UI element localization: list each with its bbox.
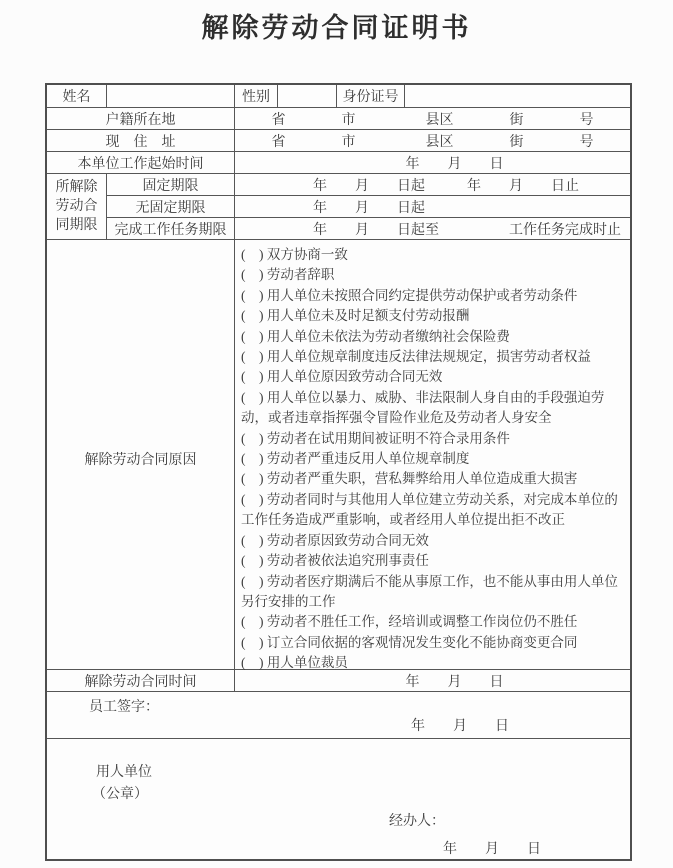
reason-text: 劳动者在试用期间被证明不符合录用条件 — [264, 431, 510, 446]
checkbox-blank: ( ) — [241, 267, 264, 282]
reason-text: 用人单位规章制度违反法律法规规定，损害劳动者权益 — [264, 349, 591, 364]
work-start-label: 本单位工作起始时间 — [47, 152, 235, 173]
row-registered-residence: 户籍所在地 省 市 县区 街 号 — [47, 108, 630, 130]
fixed-term-dates: 年 月 日起 年 月 日止 — [235, 174, 630, 196]
row-employer-seal: 用人单位 （公章） 经办人： 年 月 日 — [47, 739, 630, 862]
row-termination-date: 解除劳动合同时间 年 月 日 — [47, 670, 630, 692]
id-number-value-blank — [405, 85, 630, 107]
reason-item: ( ) 用人单位以暴力、威胁、非法限制人身自由的手段强迫劳动，或者违章指挥强令冒… — [241, 388, 627, 429]
fixed-term-label: 固定期限 — [107, 174, 235, 196]
employee-signature-date: 年 月 日 — [411, 715, 509, 735]
employer-date: 年 月 日 — [443, 838, 541, 858]
reason-item: ( ) 劳动者同时与其他用人单位建立劳动关系，对完成本单位的工作任务造成严重影响… — [241, 490, 627, 531]
termination-date-label: 解除劳动合同时间 — [47, 670, 235, 691]
reason-text: 劳动者严重失职，营私舞弊给用人单位造成重大损害 — [264, 471, 578, 486]
name-value-blank — [107, 85, 235, 107]
checkbox-blank: ( ) — [241, 614, 264, 629]
reason-text: 劳动者同时与其他用人单位建立劳动关系，对完成本单位的工作任务造成严重影响，或者经… — [241, 492, 618, 527]
page-title: 解除劳动合同证明书 — [0, 6, 673, 45]
reason-item: ( ) 劳动者医疗期满后不能从事原工作，也不能从事由用人单位另行安排的工作 — [241, 572, 627, 613]
current-address-value: 省 市 县区 街 号 — [235, 130, 630, 151]
checkbox-blank: ( ) — [241, 329, 264, 344]
registered-residence-value: 省 市 县区 街 号 — [235, 108, 630, 129]
registered-residence-label: 户籍所在地 — [47, 108, 235, 129]
official-seal-label: （公章） — [92, 783, 148, 803]
checkbox-blank: ( ) — [241, 349, 264, 364]
checkbox-blank: ( ) — [241, 471, 264, 486]
reason-item: ( ) 订立合同依据的客观情况发生变化不能协商变更合同 — [241, 633, 627, 653]
reason-item: ( ) 劳动者严重失职，营私舞弊给用人单位造成重大损害 — [241, 469, 627, 489]
work-start-date: 年 月 日 — [257, 152, 652, 173]
checkbox-blank: ( ) — [241, 390, 264, 405]
checkbox-blank: ( ) — [241, 635, 264, 650]
reason-text: 劳动者不胜任工作，经培训或调整工作岗位仍不胜任 — [264, 614, 578, 629]
checkbox-blank: ( ) — [241, 553, 264, 568]
reason-item: ( ) 劳动者原因致劳动合同无效 — [241, 531, 627, 551]
checkbox-blank: ( ) — [241, 247, 264, 262]
employee-signature-label: 员工签字： — [89, 696, 159, 716]
open-term-label: 无固定期限 — [107, 196, 235, 218]
checkbox-blank: ( ) — [241, 308, 264, 323]
reason-item: ( ) 双方协商一致 — [241, 245, 627, 265]
reason-item: ( ) 劳动者严重违反用人单位规章制度 — [241, 449, 627, 469]
gender-value-blank — [278, 85, 337, 107]
reason-text: 用人单位原因致劳动合同无效 — [264, 369, 443, 384]
termination-reasons-label: 解除劳动合同原因 — [47, 240, 235, 678]
reason-text: 订立合同依据的客观情况发生变化不能协商变更合同 — [264, 635, 578, 650]
checkbox-blank: ( ) — [241, 369, 264, 384]
id-number-label: 身份证号 — [337, 85, 405, 107]
row-current-address: 现 住 址 省 市 县区 街 号 — [47, 130, 630, 152]
checkbox-blank: ( ) — [241, 288, 264, 303]
reason-text: 用人单位裁员 — [264, 655, 348, 670]
reason-text: 劳动者被依法追究刑事责任 — [264, 553, 429, 568]
reason-item: ( ) 用人单位未按照合同约定提供劳动保护或者劳动条件 — [241, 286, 627, 306]
name-label: 姓名 — [47, 85, 107, 107]
checkbox-blank: ( ) — [241, 574, 264, 589]
reason-item: ( ) 劳动者在试用期间被证明不符合录用条件 — [241, 429, 627, 449]
reason-item: ( ) 用人单位规章制度违反法律法规规定，损害劳动者权益 — [241, 347, 627, 367]
checkbox-blank: ( ) — [241, 533, 264, 548]
row-work-start: 本单位工作起始时间 年 月 日 — [47, 152, 630, 174]
open-term-dates: 年 月 日起 — [235, 196, 630, 218]
reason-text: 劳动者严重违反用人单位规章制度 — [264, 451, 470, 466]
row-employee-signature: 员工签字： 年 月 日 — [47, 692, 630, 739]
gender-label: 性别 — [235, 85, 278, 107]
reason-item: ( ) 劳动者不胜任工作，经培训或调整工作岗位仍不胜任 — [241, 612, 627, 632]
checkbox-blank: ( ) — [241, 431, 264, 446]
task-term-dates: 年 月 日起至 工作任务完成时止 — [235, 218, 630, 239]
reason-text: 用人单位未及时足额支付劳动报酬 — [264, 308, 470, 323]
row-identity: 姓名 性别 身份证号 — [47, 85, 630, 108]
checkbox-blank: ( ) — [241, 492, 264, 507]
reason-item: ( ) 劳动者被依法追究刑事责任 — [241, 551, 627, 571]
reason-item: ( ) 用人单位未及时足额支付劳动报酬 — [241, 306, 627, 326]
reason-text: 劳动者医疗期满后不能从事原工作，也不能从事由用人单位另行安排的工作 — [241, 574, 618, 609]
row-termination-reasons: 解除劳动合同原因 ( ) 双方协商一致( ) 劳动者辞职( ) 用人单位未按照合… — [47, 240, 630, 670]
reason-item: ( ) 用人单位原因致劳动合同无效 — [241, 367, 627, 387]
handler-label: 经办人： — [389, 810, 445, 830]
task-term-label: 完成工作任务期限 — [107, 218, 235, 239]
reason-text: 用人单位以暴力、威胁、非法限制人身自由的手段强迫劳动，或者违章指挥强令冒险作业危… — [241, 390, 604, 425]
current-address-label: 现 住 址 — [47, 130, 235, 151]
employer-label: 用人单位 — [96, 761, 152, 781]
reason-text: 劳动者原因致劳动合同无效 — [264, 533, 429, 548]
row-contract-term-group: 所解除劳动合同期限 固定期限 年 月 日起 年 月 日止 无固定期限 年 月 日… — [47, 174, 630, 240]
reason-text: 双方协商一致 — [264, 247, 348, 262]
checkbox-blank: ( ) — [241, 655, 264, 670]
termination-date-value: 年 月 日 — [257, 670, 652, 691]
contract-term-group-label: 所解除劳动合同期限 — [47, 174, 107, 239]
reason-item: ( ) 劳动者辞职 — [241, 265, 627, 285]
reason-list: ( ) 双方协商一致( ) 劳动者辞职( ) 用人单位未按照合同约定提供劳动保护… — [235, 240, 630, 678]
checkbox-blank: ( ) — [241, 451, 264, 466]
reason-text: 用人单位未按照合同约定提供劳动保护或者劳动条件 — [264, 288, 578, 303]
reason-item: ( ) 用人单位未依法为劳动者缴纳社会保险费 — [241, 327, 627, 347]
reason-text: 劳动者辞职 — [264, 267, 335, 282]
reason-text: 用人单位未依法为劳动者缴纳社会保险费 — [264, 329, 510, 344]
termination-certificate-form: 姓名 性别 身份证号 户籍所在地 省 市 县区 街 号 现 住 址 省 市 县区… — [45, 83, 632, 861]
